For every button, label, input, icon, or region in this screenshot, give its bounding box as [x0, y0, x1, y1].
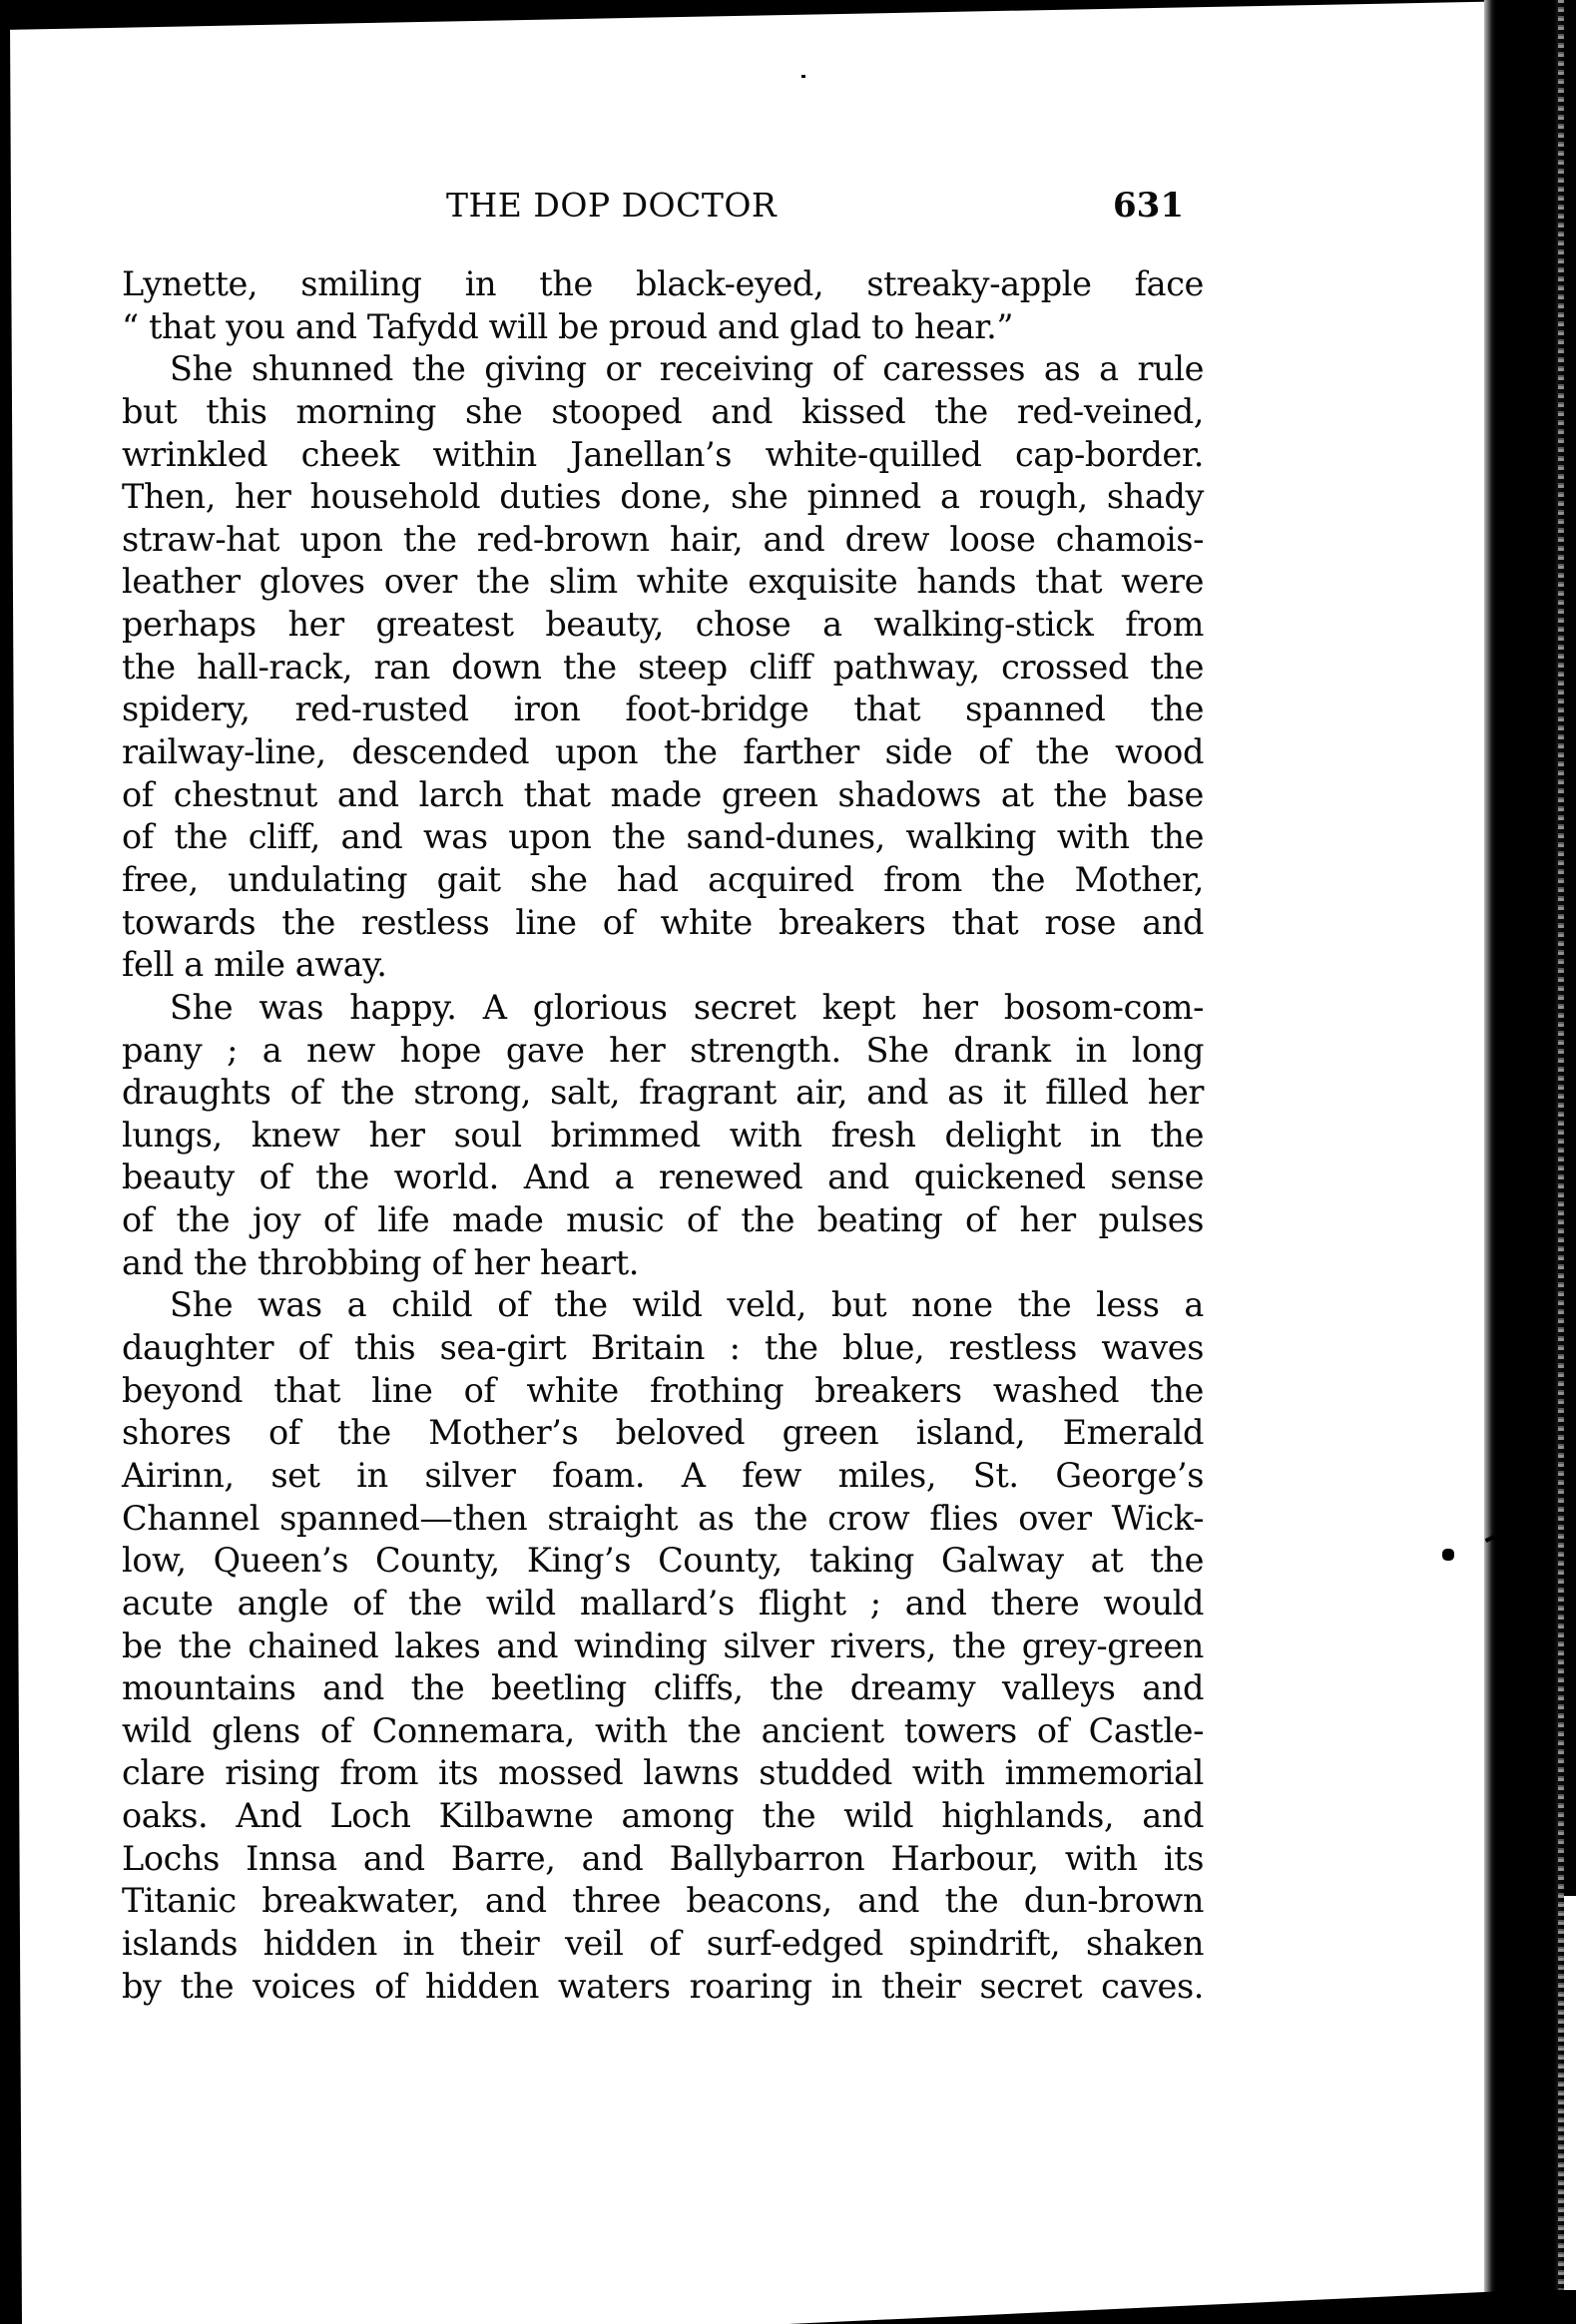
text-line: wild glens of Connemara, with the ancien…: [122, 1710, 1204, 1753]
page-body-text: Lynette, smiling in the black-eyed, stre…: [122, 263, 1204, 2008]
text-line: mountains and the beetling cliffs, the d…: [122, 1667, 1204, 1710]
text-line: Channel spanned—then straight as the cro…: [122, 1498, 1204, 1541]
text-line: perhaps her greatest beauty, chose a wal…: [122, 604, 1204, 647]
text-line: clare rising from its mossed lawns studd…: [122, 1752, 1204, 1795]
ink-speck: [801, 75, 805, 78]
ink-blot: [1442, 1549, 1454, 1561]
text-line: of chestnut and larch that made green sh…: [122, 774, 1204, 817]
text-line: towards the restless line of white break…: [122, 902, 1204, 945]
text-line: by the voices of hidden waters roaring i…: [122, 1966, 1204, 2009]
text-line: islands hidden in their veil of surf-edg…: [122, 1923, 1204, 1966]
text-line: acute angle of the wild mallard’s flight…: [122, 1583, 1204, 1626]
scan-border-top: [0, 0, 1576, 30]
text-line: pany ; a new hope gave her strength. She…: [122, 1030, 1204, 1073]
scan-margin-right: [1564, 1896, 1576, 2290]
page-number: 631: [1113, 186, 1184, 226]
text-line: beyond that line of white frothing break…: [122, 1370, 1204, 1413]
text-line: draughts of the strong, salt, fragrant a…: [122, 1072, 1204, 1115]
text-line: beauty of the world. And a renewed and q…: [122, 1157, 1204, 1199]
text-line: of the joy of life made music of the bea…: [122, 1199, 1204, 1242]
paragraph-start-line: She was happy. A glorious secret kept he…: [122, 987, 1204, 1030]
book-title-header: THE DOP DOCTOR: [446, 186, 786, 226]
text-line: free, undulating gait she had acquired f…: [122, 859, 1204, 902]
text-line: be the chained lakes and winding silver …: [122, 1626, 1204, 1668]
paragraph-end-line: fell a mile away.: [122, 944, 1204, 987]
text-line: oaks. And Loch Kilbawne among the wild h…: [122, 1795, 1204, 1838]
text-line: spidery, red-rusted iron foot-bridge tha…: [122, 689, 1204, 731]
text-line: of the cliff, and was upon the sand-dune…: [122, 816, 1204, 859]
scan-border-left: [0, 0, 22, 2324]
paragraph-end-line: and the throbbing of her heart.: [122, 1242, 1204, 1285]
book-binding-shadow: [1484, 0, 1576, 2324]
text-line: shores of the Mother’s beloved green isl…: [122, 1412, 1204, 1455]
text-line: Then, her household duties done, she pin…: [122, 476, 1204, 519]
scan-border-bottom: [0, 2290, 1576, 2324]
paragraph-start-line: She was a child of the wild veld, but no…: [122, 1284, 1204, 1327]
text-line: low, Queen’s County, King’s County, taki…: [122, 1540, 1204, 1583]
paragraph-start-line: She shunned the giving or receiving of c…: [122, 348, 1204, 391]
text-line: daughter of this sea-girt Britain : the …: [122, 1327, 1204, 1370]
text-line: leather gloves over the slim white exqui…: [122, 561, 1204, 604]
running-head: THE DOP DOCTOR 631: [0, 186, 1576, 226]
text-line: Titanic breakwater, and three beacons, a…: [122, 1880, 1204, 1923]
text-line: Airinn, set in silver foam. A few miles,…: [122, 1455, 1204, 1498]
text-line: but this morning she stooped and kissed …: [122, 391, 1204, 434]
text-line: Lynette, smiling in the black-eyed, stre…: [122, 263, 1204, 306]
text-line: railway-line, descended upon the farther…: [122, 731, 1204, 774]
text-line: the hall-rack, ran down the steep cliff …: [122, 647, 1204, 690]
text-line: wrinkled cheek within Janellan’s white-q…: [122, 434, 1204, 477]
text-line: lungs, knew her soul brimmed with fresh …: [122, 1115, 1204, 1158]
text-line: straw-hat upon the red-brown hair, and d…: [122, 519, 1204, 562]
text-line: Lochs Innsa and Barre, and Ballybarron H…: [122, 1838, 1204, 1881]
text-line: “ that you and Tafydd will be proud and …: [122, 306, 1204, 349]
